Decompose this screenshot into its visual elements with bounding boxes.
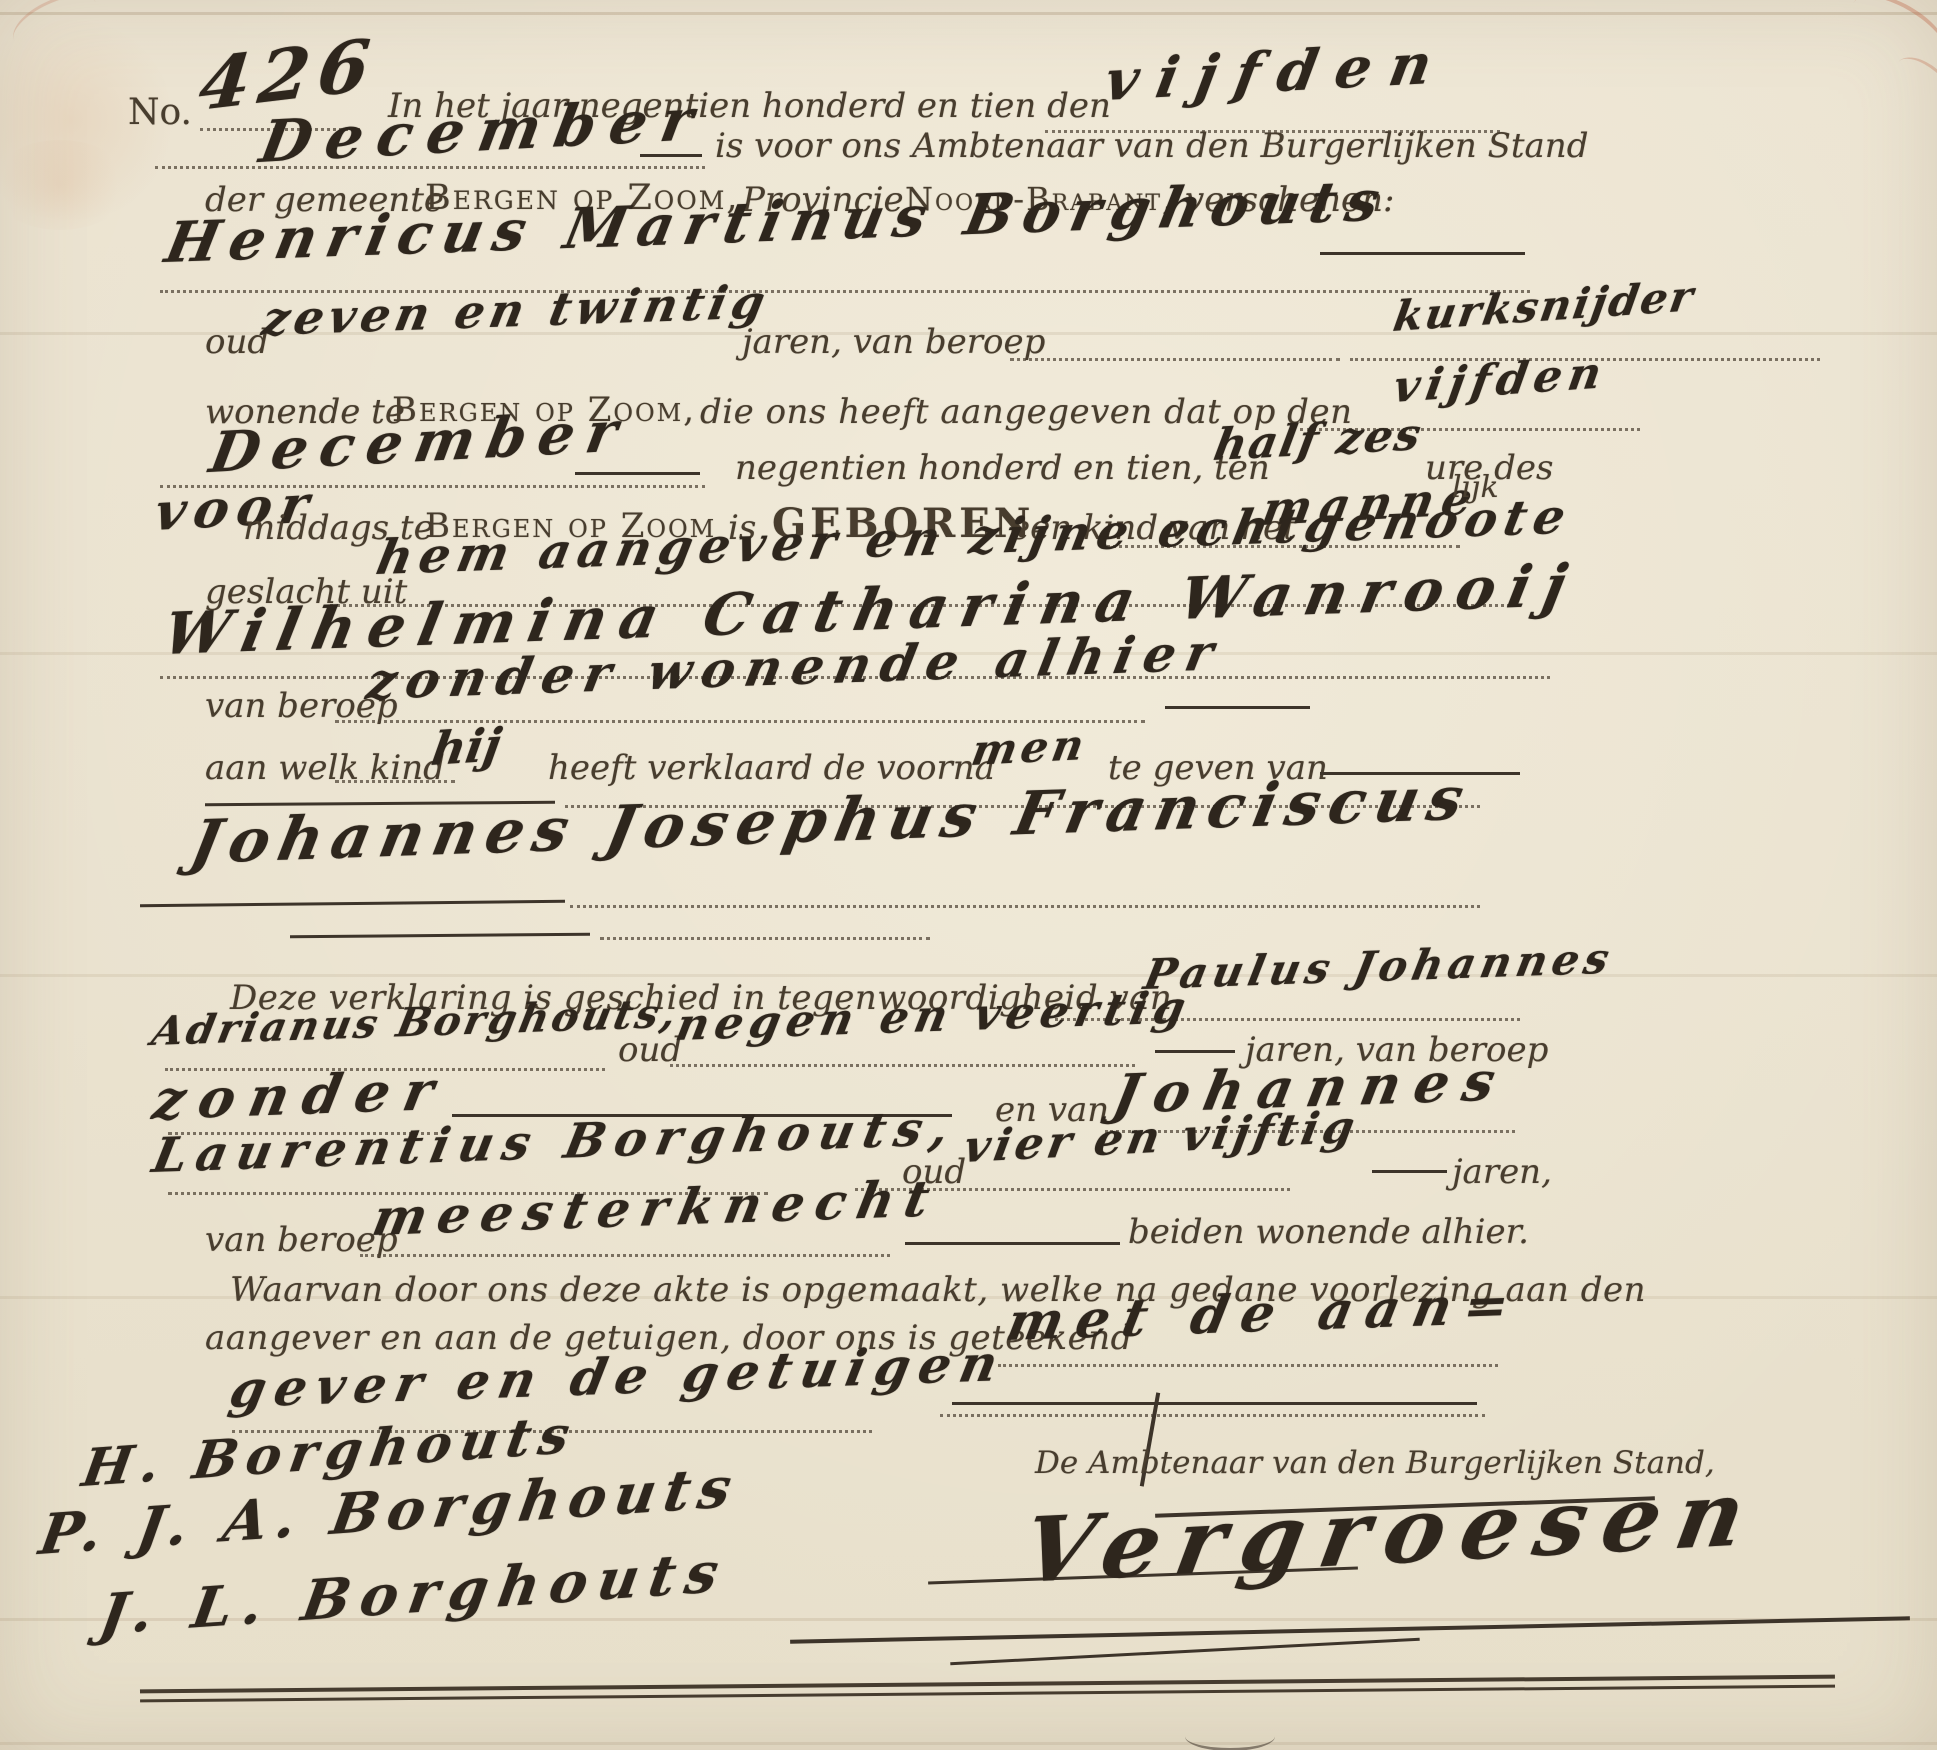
dotted-fill-line [570, 905, 1480, 908]
solid-fill-dash [640, 154, 702, 157]
witness1-name1-hand: Paulus Johannes [1140, 934, 1618, 999]
declarant-age-suffix: jaren, van beroep [742, 322, 1045, 362]
solid-fill-dash [575, 472, 700, 475]
stray-ink-mark [1185, 1722, 1275, 1750]
birth-record-page: No. 426 In het jaar negentien honderd en… [0, 0, 1937, 1750]
dotted-fill-line [940, 1414, 1485, 1417]
record-separator-rule [140, 1675, 1835, 1703]
witness1-name2-hand: Adrianus Borghouts, [148, 990, 683, 1055]
emphasis-rule [290, 933, 590, 939]
dotted-fill-line [600, 937, 930, 940]
solid-fill-dash [952, 1402, 1477, 1405]
ink-bleed-smudge [0, 140, 130, 230]
naming-men-hand: men [968, 720, 1092, 775]
pen-flourish [950, 1638, 1420, 1666]
witness2-age-suffix: jaren, [1452, 1152, 1552, 1192]
dotted-fill-line [335, 780, 455, 783]
witnesses-residence: beiden wonende alhier. [1128, 1212, 1529, 1252]
intro-day-hand: vijfden [1100, 30, 1455, 114]
solid-fill-dash [905, 1242, 1120, 1245]
dotted-fill-line [360, 1254, 890, 1257]
solid-fill-dash [1372, 1170, 1447, 1173]
ghost-rule [0, 974, 1937, 977]
naming-hij-hand: hij [428, 717, 505, 776]
record-number-label: No. [128, 92, 192, 133]
dotted-fill-line [155, 166, 705, 169]
birth-yeartime-line: negentien honderd en tien, ten [735, 448, 1270, 488]
dotted-fill-line [998, 1364, 1498, 1367]
declarant-age-hand: zeven en twintig [258, 275, 775, 346]
solid-fill-dash [1320, 252, 1525, 255]
birth-time-hand: half zes [1210, 409, 1427, 471]
dotted-fill-line [670, 1064, 1135, 1067]
declarant-occupation-hand: kurksnijder [1390, 271, 1698, 341]
dotted-fill-line [1010, 358, 1340, 361]
ghost-rule [0, 1742, 1937, 1745]
witness2-occupation-hand: meesterknecht [368, 1168, 945, 1247]
solid-fill-dash [1165, 706, 1310, 709]
solid-fill-dash [1155, 1050, 1235, 1053]
intro-officer-line: is voor ons Ambtenaar van den Burgerlijk… [715, 126, 1588, 166]
emphasis-rule [140, 900, 565, 907]
signature-official: Vergroesen [1015, 1460, 1769, 1604]
ghost-rule [0, 12, 1937, 15]
